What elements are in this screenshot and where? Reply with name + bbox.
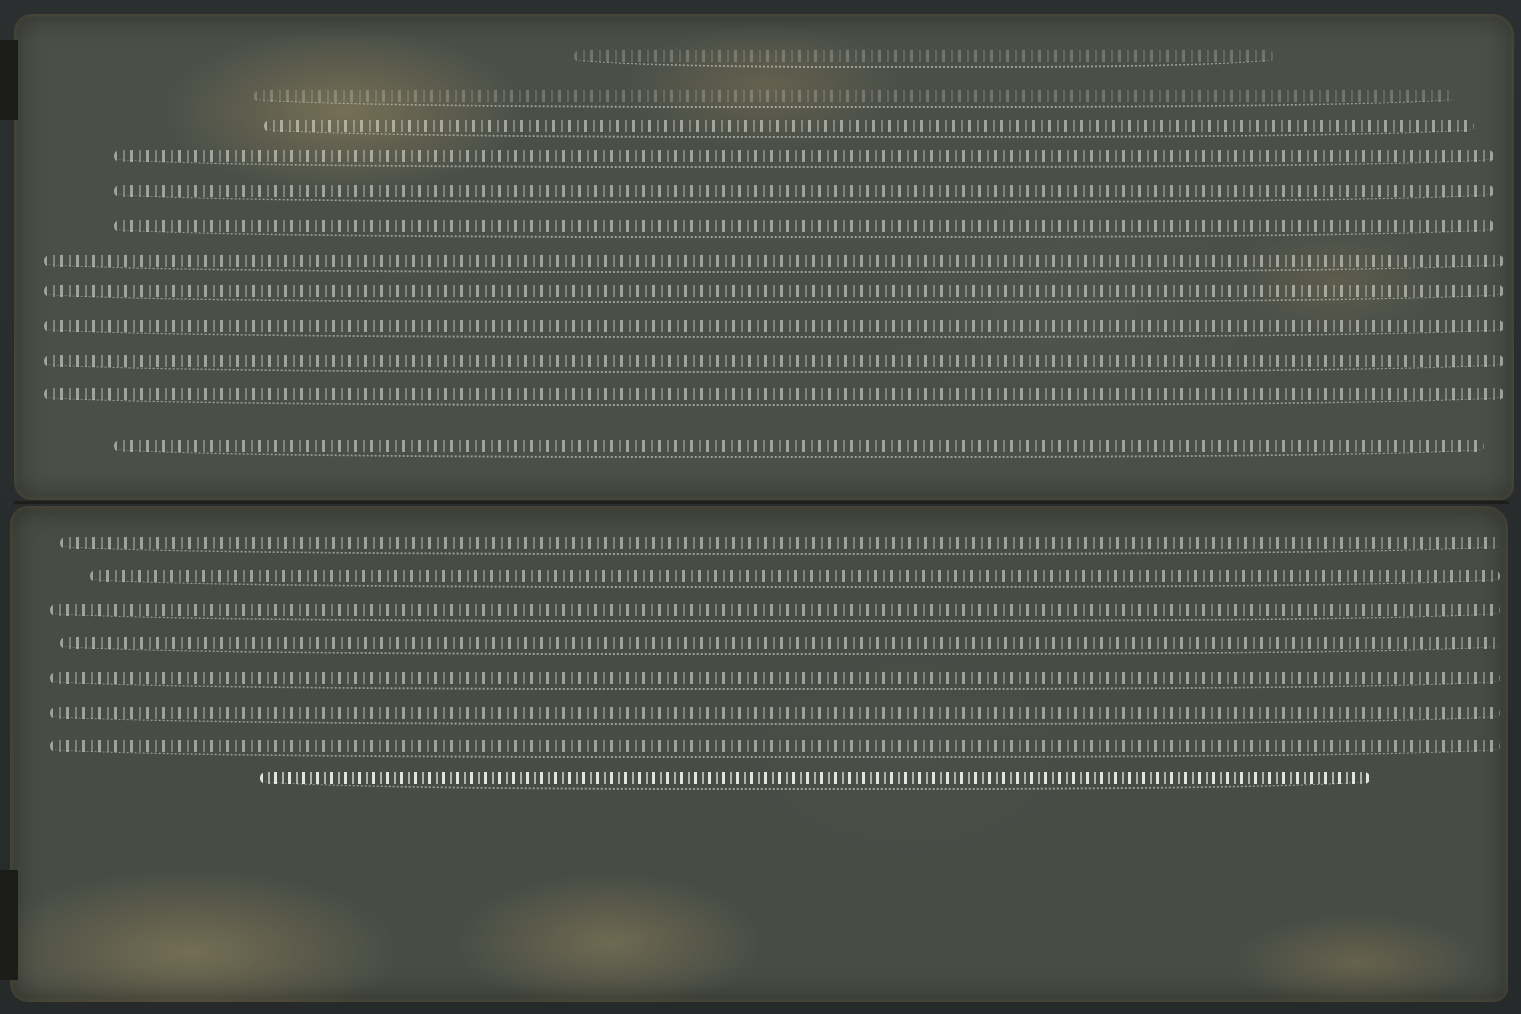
script-line bbox=[264, 114, 1474, 138]
script-line bbox=[260, 766, 1370, 790]
torn-edge-left bbox=[0, 40, 18, 120]
handwritten-script-top bbox=[14, 14, 1514, 500]
script-line bbox=[574, 44, 1274, 68]
script-line bbox=[114, 179, 1494, 203]
script-line bbox=[44, 314, 1504, 338]
script-line bbox=[44, 279, 1504, 303]
script-line bbox=[114, 144, 1494, 168]
script-line bbox=[44, 249, 1504, 273]
script-line bbox=[50, 666, 1500, 690]
script-line bbox=[44, 349, 1504, 373]
fold-crease bbox=[14, 501, 1509, 504]
script-line bbox=[50, 598, 1500, 622]
script-line bbox=[50, 701, 1500, 725]
script-line bbox=[60, 631, 1500, 655]
script-line bbox=[114, 214, 1494, 238]
script-line bbox=[60, 531, 1500, 555]
handwritten-script-bottom bbox=[10, 506, 1508, 1002]
script-line bbox=[50, 734, 1500, 758]
manuscript-top-panel bbox=[14, 14, 1514, 500]
script-line bbox=[254, 84, 1454, 108]
script-line bbox=[90, 564, 1500, 588]
manuscript-bottom-panel bbox=[10, 506, 1508, 1002]
torn-edge-left-bottom bbox=[0, 870, 18, 980]
script-line bbox=[114, 434, 1484, 458]
script-line bbox=[44, 382, 1504, 406]
